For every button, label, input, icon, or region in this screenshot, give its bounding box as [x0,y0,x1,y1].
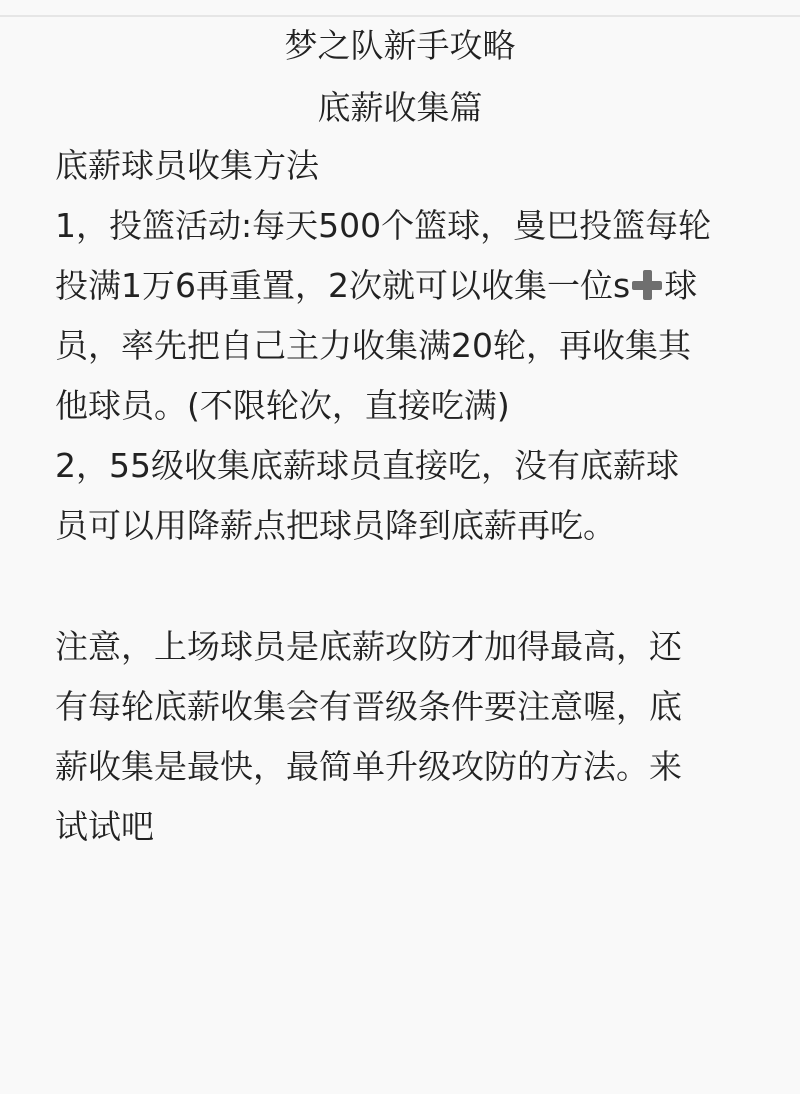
method-line-text: 投满1万6再重置，2次就可以收集一位s [55,266,630,305]
method-line: 他球员。(不限轮次，直接吃满) [55,376,765,436]
section-heading: 底薪球员收集方法 [55,136,765,196]
top-divider [0,15,800,17]
method-line: 投满1万6再重置，2次就可以收集一位s球 [55,256,765,316]
plus-icon [632,270,662,300]
note-line: 有每轮底薪收集会有晋级条件要注意喔，底 [55,677,765,737]
note-line: 试试吧 [55,797,765,857]
page-subtitle: 底薪收集篇 [0,88,800,128]
method-line: 员可以用降薪点把球员降到底薪再吃。 [55,496,765,556]
method-line: 1，投篮活动:每天500个篮球，曼巴投篮每轮 [55,196,765,256]
method-section: 底薪球员收集方法 1，投篮活动:每天500个篮球，曼巴投篮每轮 投满1万6再重置… [55,136,765,556]
method-line-text: 球 [664,266,697,305]
page-title: 梦之队新手攻略 [0,26,800,66]
note-line: 薪收集是最快，最简单升级攻防的方法。来 [55,737,765,797]
method-line: 2，55级收集底薪球员直接吃，没有底薪球 [55,436,765,496]
note-line: 注意，上场球员是底薪攻防才加得最高，还 [55,617,765,677]
method-line: 员，率先把自己主力收集满20轮，再收集其 [55,316,765,376]
note-section: 注意，上场球员是底薪攻防才加得最高，还 有每轮底薪收集会有晋级条件要注意喔，底 … [55,617,765,857]
